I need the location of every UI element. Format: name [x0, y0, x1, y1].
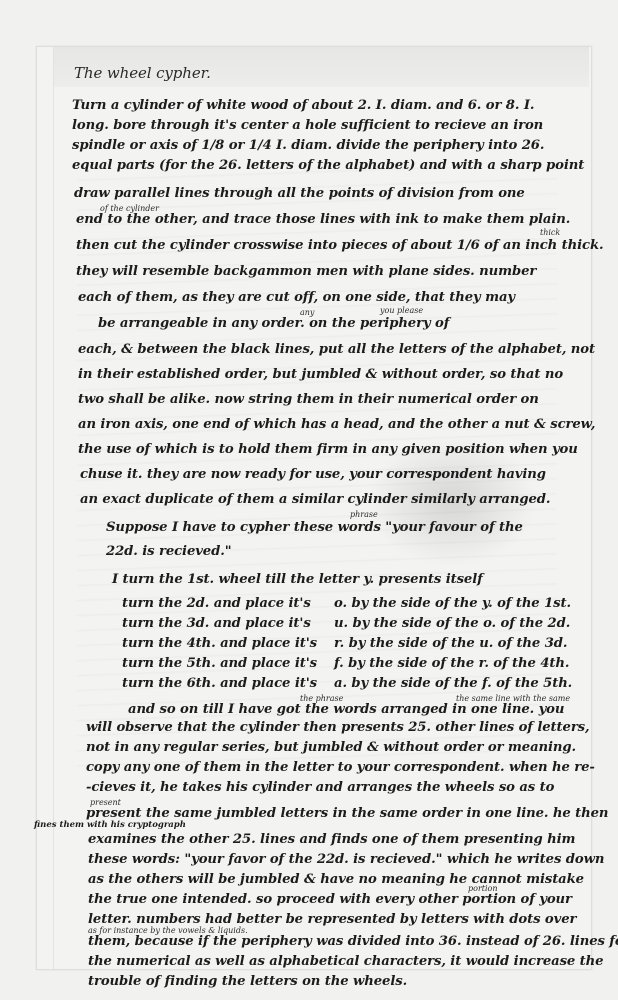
insertion-you-please: you please — [380, 306, 423, 315]
procedure-step: turn the 2d. and place it's — [122, 596, 311, 611]
text-line: Turn a cylinder of white wood of about 2… — [72, 98, 534, 113]
text-line: -cieves it, he takes his cylinder and ar… — [86, 780, 554, 795]
page-fold-edge — [53, 47, 54, 969]
text-line: copy any one of them in the letter to yo… — [86, 760, 595, 775]
insertion-thick: thick — [540, 228, 560, 237]
procedure-step: turn the 6th. and place it's — [122, 676, 317, 691]
text-line: letter. numbers had better be represente… — [88, 912, 576, 927]
text-line: trouble of finding the letters on the wh… — [88, 974, 407, 989]
text-line: long. bore through it's center a hole su… — [72, 118, 543, 133]
document-title: The wheel cypher. — [74, 64, 211, 82]
text-line: will observe that the cylinder then pres… — [86, 720, 589, 735]
text-line: and so on till I have got the words arra… — [128, 702, 564, 717]
text-line: they will resemble backgammon men with p… — [76, 264, 536, 279]
text-line: equal parts (for the 26. letters of the … — [72, 158, 584, 173]
text-line: an exact duplicate of them a similar cyl… — [80, 492, 550, 507]
text-line: then cut the cylinder crosswise into pie… — [76, 238, 603, 253]
procedure-result: f. by the side of the r. of the 4th. — [334, 656, 569, 671]
text-line: end to the other, and trace those lines … — [76, 212, 570, 227]
procedure-result: u. by the side of the o. of the 2d. — [334, 616, 570, 631]
margin-note: fines them with his cryptograph — [34, 820, 186, 830]
procedure-step: turn the 5th. and place it's — [122, 656, 317, 671]
procedure-step: turn the 3d. and place it's — [122, 616, 311, 631]
text-line: 22d. is recieved." — [106, 544, 231, 559]
procedure-result: o. by the side of the y. of the 1st. — [334, 596, 571, 611]
text-line: examines the other 25. lines and finds o… — [88, 832, 575, 847]
text-line: present the same jumbled letters in the … — [86, 806, 608, 821]
procedure-result: a. by the side of the f. of the 5th. — [334, 676, 572, 691]
text-line: spindle or axis of 1/8 or 1/4 I. diam. d… — [72, 138, 544, 153]
text-line: as the others will be jumbled & have no … — [88, 872, 584, 887]
text-line: an iron axis, one end of which has a hea… — [78, 417, 595, 432]
text-line: the true one intended. so proceed with e… — [88, 892, 572, 907]
procedure-step: turn the 4th. and place it's — [122, 636, 317, 651]
text-line: these words: "your favor of the 22d. is … — [88, 852, 604, 867]
text-line: draw parallel lines through all the poin… — [74, 186, 525, 201]
text-line: in their established order, but jumbled … — [78, 367, 563, 382]
text-line: be arrangeable in any order. on the peri… — [98, 316, 449, 331]
text-line: them, because if the periphery was divid… — [88, 934, 618, 949]
procedure-step: I turn the 1st. wheel till the letter y.… — [112, 572, 483, 587]
text-line: each, & between the black lines, put all… — [78, 342, 595, 357]
procedure-result: r. by the side of the u. of the 3d. — [334, 636, 567, 651]
insertion-phrase: phrase — [350, 510, 378, 519]
text-line: the numerical as well as alphabetical ch… — [88, 954, 603, 969]
text-line: chuse it. they are now ready for use, yo… — [80, 467, 546, 482]
text-line: not in any regular series, but jumbled &… — [86, 740, 576, 755]
text-line: the use of which is to hold them firm in… — [78, 442, 578, 457]
text-line: each of them, as they are cut off, on on… — [78, 290, 515, 305]
text-line: two shall be alike. now string them in t… — [78, 392, 539, 407]
text-line: Suppose I have to cypher these words "yo… — [106, 520, 523, 535]
